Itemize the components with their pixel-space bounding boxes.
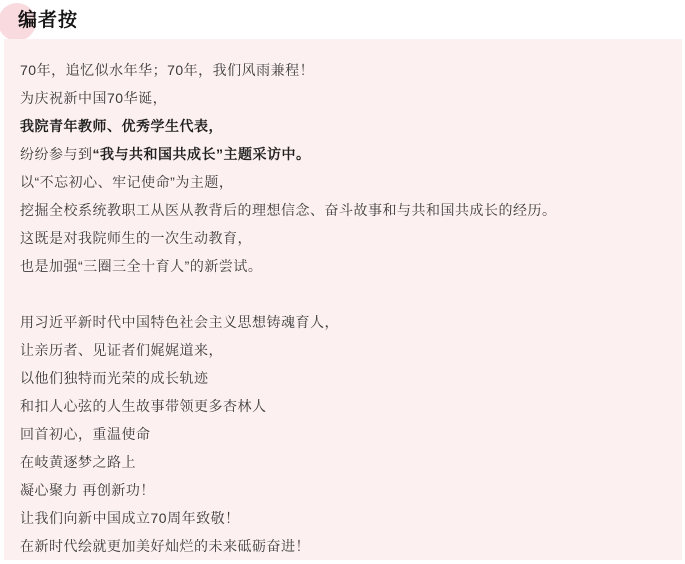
text-segment: 在岐黄逐梦之路上 <box>20 454 136 470</box>
content-line: 以“不忘初心、牢记使命”为主题， <box>20 168 668 196</box>
content-line: 纷纷参与到“我与共和国共成长”主题采访中。 <box>20 140 668 168</box>
content-line: 我院青年教师、优秀学生代表， <box>20 112 668 140</box>
text-segment: 用习近平新时代中国特色社会主义思想铸魂育人， <box>20 314 339 330</box>
text-segment: 我院青年教师、优秀学生代表， <box>20 118 223 134</box>
text-segment: 让我们向新中国成立70周年致敬！ <box>20 510 240 526</box>
editor-note-panel: 70年，追忆似水年华；70年，我们风雨兼程！为庆祝新中国70华诞，我院青年教师、… <box>4 39 682 560</box>
content-line: 在新时代绘就更加美好灿烂的未来砥砺奋进！ <box>20 532 668 560</box>
text-segment: 回首初心，重温使命 <box>20 426 151 442</box>
text-segment: 为庆祝新中国70华诞， <box>20 90 167 106</box>
content-line: 和扣人心弦的人生故事带领更多杏林人 <box>20 392 668 420</box>
text-segment: 挖掘全校系统教职工从医从教背后的理想信念、奋斗故事和与共和国共成长的经历。 <box>20 202 557 218</box>
text-segment: 让亲历者、见证者们娓娓道来， <box>20 342 223 358</box>
content-line: 在岐黄逐梦之路上 <box>20 448 668 476</box>
content-line: 为庆祝新中国70华诞， <box>20 84 668 112</box>
page-title: 编者按 <box>18 9 78 33</box>
text-segment: 以他们独特而光荣的成长轨迹 <box>20 370 209 386</box>
content-line: 回首初心，重温使命 <box>20 420 668 448</box>
content-line: 用习近平新时代中国特色社会主义思想铸魂育人， <box>20 308 668 336</box>
content-line: 也是加强“三圈三全十育人”的新尝试。 <box>20 252 668 280</box>
content-line: 凝心聚力 再创新功！ <box>20 476 668 504</box>
text-segment: “我与共和国共成长”主题采访中。 <box>93 146 311 162</box>
content-line: 让我们向新中国成立70周年致敬！ <box>20 504 668 532</box>
text-segment: 在新时代绘就更加美好灿烂的未来砥砺奋进！ <box>20 538 310 554</box>
content-line: 70年，追忆似水年华；70年，我们风雨兼程！ <box>20 56 668 84</box>
text-segment: 70年，追忆似水年华；70年，我们风雨兼程！ <box>20 62 314 78</box>
content-line: 这既是对我院师生的一次生动教育， <box>20 224 668 252</box>
text-segment: 和扣人心弦的人生故事带领更多杏林人 <box>20 398 267 414</box>
text-segment: 以“不忘初心、牢记使命”为主题， <box>20 174 233 190</box>
article-page: 编者按 70年，追忆似水年华；70年，我们风雨兼程！为庆祝新中国70华诞，我院青… <box>0 0 685 564</box>
text-segment: 这既是对我院师生的一次生动教育， <box>20 230 252 246</box>
content-line: 让亲历者、见证者们娓娓道来， <box>20 336 668 364</box>
content-line: 以他们独特而光荣的成长轨迹 <box>20 364 668 392</box>
content-line: 挖掘全校系统教职工从医从教背后的理想信念、奋斗故事和与共和国共成长的经历。 <box>20 196 668 224</box>
page-header: 编者按 <box>0 0 685 39</box>
text-segment: 纷纷参与到 <box>20 146 93 162</box>
blank-line <box>20 280 668 308</box>
text-segment: 也是加强“三圈三全十育人”的新尝试。 <box>20 258 262 274</box>
text-segment: 凝心聚力 再创新功！ <box>20 482 155 498</box>
